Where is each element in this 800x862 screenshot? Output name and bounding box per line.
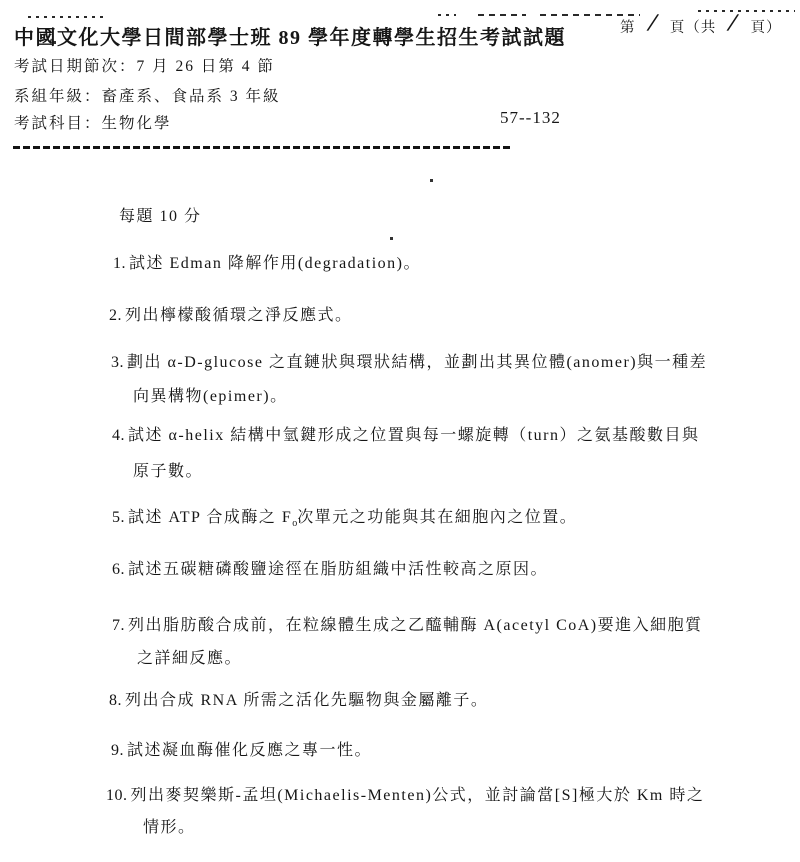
question-text: 試述 Edman 降解作用(degradation)。 (129, 255, 421, 272)
page-title: 中國文化大學日間部學士班 89 學年度轉學生招生考試試題 (14, 21, 566, 50)
dashed-separator (13, 146, 510, 149)
question-text: 情形。 (143, 819, 196, 836)
question-4: 4.試述 α-helix 結構中氫鍵形成之位置與每一螺旋轉（turn）之氨基酸數… (112, 428, 699, 444)
question-number: 6. (112, 561, 125, 578)
question-text: 試述五碳糖磷酸鹽途徑在脂肪組織中活性較高之原因。 (128, 561, 548, 578)
question-text: 列出麥契樂斯-孟坦(Michaelis-Menten)公式，並討論當[S]極大於… (131, 787, 705, 804)
question-number: 5. (112, 509, 125, 526)
question-number: 2. (109, 307, 122, 324)
scan-artifact (430, 179, 433, 182)
question-text: 之詳細反應。 (137, 650, 242, 667)
question-7-line-2: 之詳細反應。 (137, 651, 242, 667)
page-counter-middle: 頁（共 (670, 10, 717, 37)
exam-subject-line: 考試科目：生物化學 (14, 111, 172, 133)
question-8: 8.列出合成 RNA 所需之活化先驅物與金屬離子。 (109, 693, 488, 709)
question-text: 劃出 α-D-glucose 之直鏈狀與環狀結構，並劃出其異位體(anomer)… (127, 354, 707, 371)
scan-artifact (390, 237, 393, 240)
question-10: 10.列出麥契樂斯-孟坦(Michaelis-Menten)公式，並討論當[S]… (106, 788, 704, 804)
points-note: 每題 10 分 (119, 209, 202, 225)
question-3: 3.劃出 α-D-glucose 之直鏈狀與環狀結構，並劃出其異位體(anome… (111, 355, 707, 371)
question-text: 列出脂肪酸合成前，在粒線體生成之乙醯輔酶 A(acetyl CoA)要進入細胞質 (128, 617, 703, 634)
exam-date-line: 考試日期節次：7 月 26 日第 4 節 (14, 54, 275, 76)
question-number: 1. (113, 255, 126, 272)
page-counter-suffix: 頁） (750, 10, 781, 37)
department-grade-line: 系組年級：畜產系、食品系 3 年級 (14, 84, 281, 106)
question-text: 列出合成 RNA 所需之活化先驅物與金屬離子。 (125, 692, 488, 709)
question-7: 7.列出脂肪酸合成前，在粒線體生成之乙醯輔酶 A(acetyl CoA)要進入細… (112, 618, 703, 634)
question-text: 向異構物(epimer)。 (133, 388, 288, 405)
question-6: 6.試述五碳糖磷酸鹽途徑在脂肪組織中活性較高之原因。 (112, 562, 548, 578)
question-text: 列出檸檬酸循環之淨反應式。 (125, 307, 353, 324)
question-1: 1.試述 Edman 降解作用(degradation)。 (113, 256, 421, 272)
question-4-line-2: 原子數。 (133, 464, 203, 480)
handwritten-total-pages-mark: / (728, 10, 739, 37)
question-text-part: 次單元之功能與其在細胞內之位置。 (297, 509, 577, 526)
question-text: 試述 ATP 合成酶之 Fo次單元之功能與其在細胞內之位置。 (128, 509, 577, 526)
question-number: 4. (112, 427, 125, 444)
page-counter: 第 / 頁（共 / 頁） (620, 10, 781, 37)
exam-paper-scan: 第 / 頁（共 / 頁） 中國文化大學日間部學士班 89 學年度轉學生招生考試試… (0, 0, 800, 862)
question-9: 9.試述凝血酶催化反應之專一性。 (111, 743, 372, 759)
question-number: 7. (112, 617, 125, 634)
question-number: 9. (111, 742, 124, 759)
question-5: 5.試述 ATP 合成酶之 Fo次單元之功能與其在細胞內之位置。 (112, 510, 577, 529)
question-3-line-2: 向異構物(epimer)。 (133, 389, 288, 405)
page-counter-prefix: 第 (620, 10, 636, 37)
question-10-line-2: 情形。 (143, 820, 196, 836)
question-number: 8. (109, 692, 122, 709)
scan-artifact (438, 14, 456, 16)
question-number: 10. (106, 787, 128, 804)
question-text: 試述凝血酶催化反應之專一性。 (127, 742, 372, 759)
scan-artifact (28, 16, 108, 18)
question-2: 2.列出檸檬酸循環之淨反應式。 (109, 308, 353, 324)
question-text: 試述 α-helix 結構中氫鍵形成之位置與每一螺旋轉（turn）之氨基酸數目與 (128, 427, 699, 444)
question-number: 3. (111, 354, 124, 371)
question-text: 原子數。 (133, 463, 203, 480)
question-text-part: 試述 ATP 合成酶之 F (128, 509, 292, 526)
exam-code: 57--132 (500, 108, 561, 128)
handwritten-current-page-mark: / (647, 10, 658, 37)
scan-artifact (478, 14, 526, 16)
